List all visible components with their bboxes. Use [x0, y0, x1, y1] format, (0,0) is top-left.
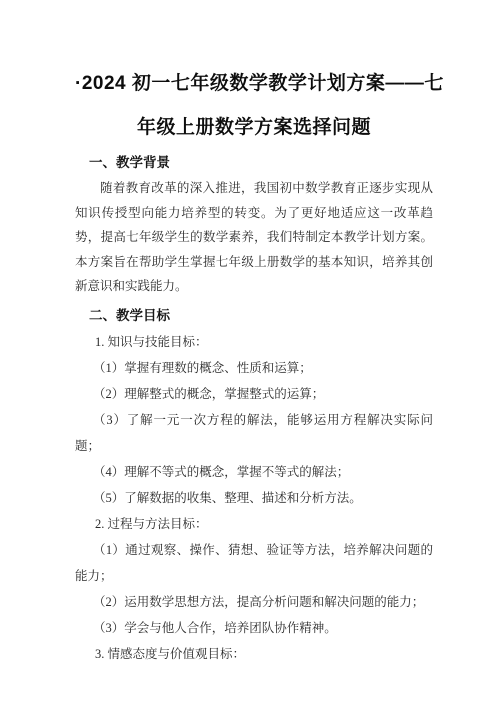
document-title-line-2: 年级上册数学方案选择问题 — [75, 106, 433, 150]
list-item: （3）学会与他人合作，培养团队协作精神。 — [75, 615, 433, 641]
document-title-line-1: ·2024 初一七年级数学教学计划方案——七 — [75, 62, 433, 106]
list-item: （2）理解整式的概念，掌握整式的运算； — [75, 381, 433, 407]
objective-group-process-methods-label: 2. 过程与方法目标： — [75, 511, 433, 537]
objective-group-knowledge-skills-label: 1. 知识与技能目标： — [75, 329, 433, 355]
list-item: （5）了解数据的收集、整理、描述和分析方法。 — [75, 485, 433, 511]
document-title: ·2024 初一七年级数学教学计划方案——七 年级上册数学方案选择问题 — [75, 62, 433, 150]
section-teaching-background: 一、教学背景 随着教育改革的深入推进，我国初中数学教育正逐步实现从知识传授型向能… — [75, 150, 433, 299]
background-paragraph: 随着教育改革的深入推进，我国初中数学教育正逐步实现从知识传授型向能力培养型的转变… — [75, 176, 433, 299]
section-heading-teaching-objectives: 二、教学目标 — [75, 303, 433, 329]
document-page: ·2024 初一七年级数学教学计划方案——七 年级上册数学方案选择问题 一、教学… — [0, 0, 500, 707]
list-item: （3）了解一元一次方程的解法，能够运用方程解决实际问题； — [75, 407, 433, 459]
section-heading-teaching-background: 一、教学背景 — [75, 150, 433, 176]
list-item: （2）运用数学思想方法，提高分析问题和解决问题的能力； — [75, 589, 433, 615]
list-item: （4）理解不等式的概念，掌握不等式的解法； — [75, 459, 433, 485]
list-item: （1）掌握有理数的概念、性质和运算； — [75, 355, 433, 381]
objective-group-emotion-values-label: 3. 情感态度与价值观目标： — [75, 641, 433, 667]
section-teaching-objectives: 二、教学目标 1. 知识与技能目标： （1）掌握有理数的概念、性质和运算； （2… — [75, 303, 433, 667]
list-item: （1）通过观察、操作、猜想、验证等方法，培养解决问题的能力； — [75, 537, 433, 589]
